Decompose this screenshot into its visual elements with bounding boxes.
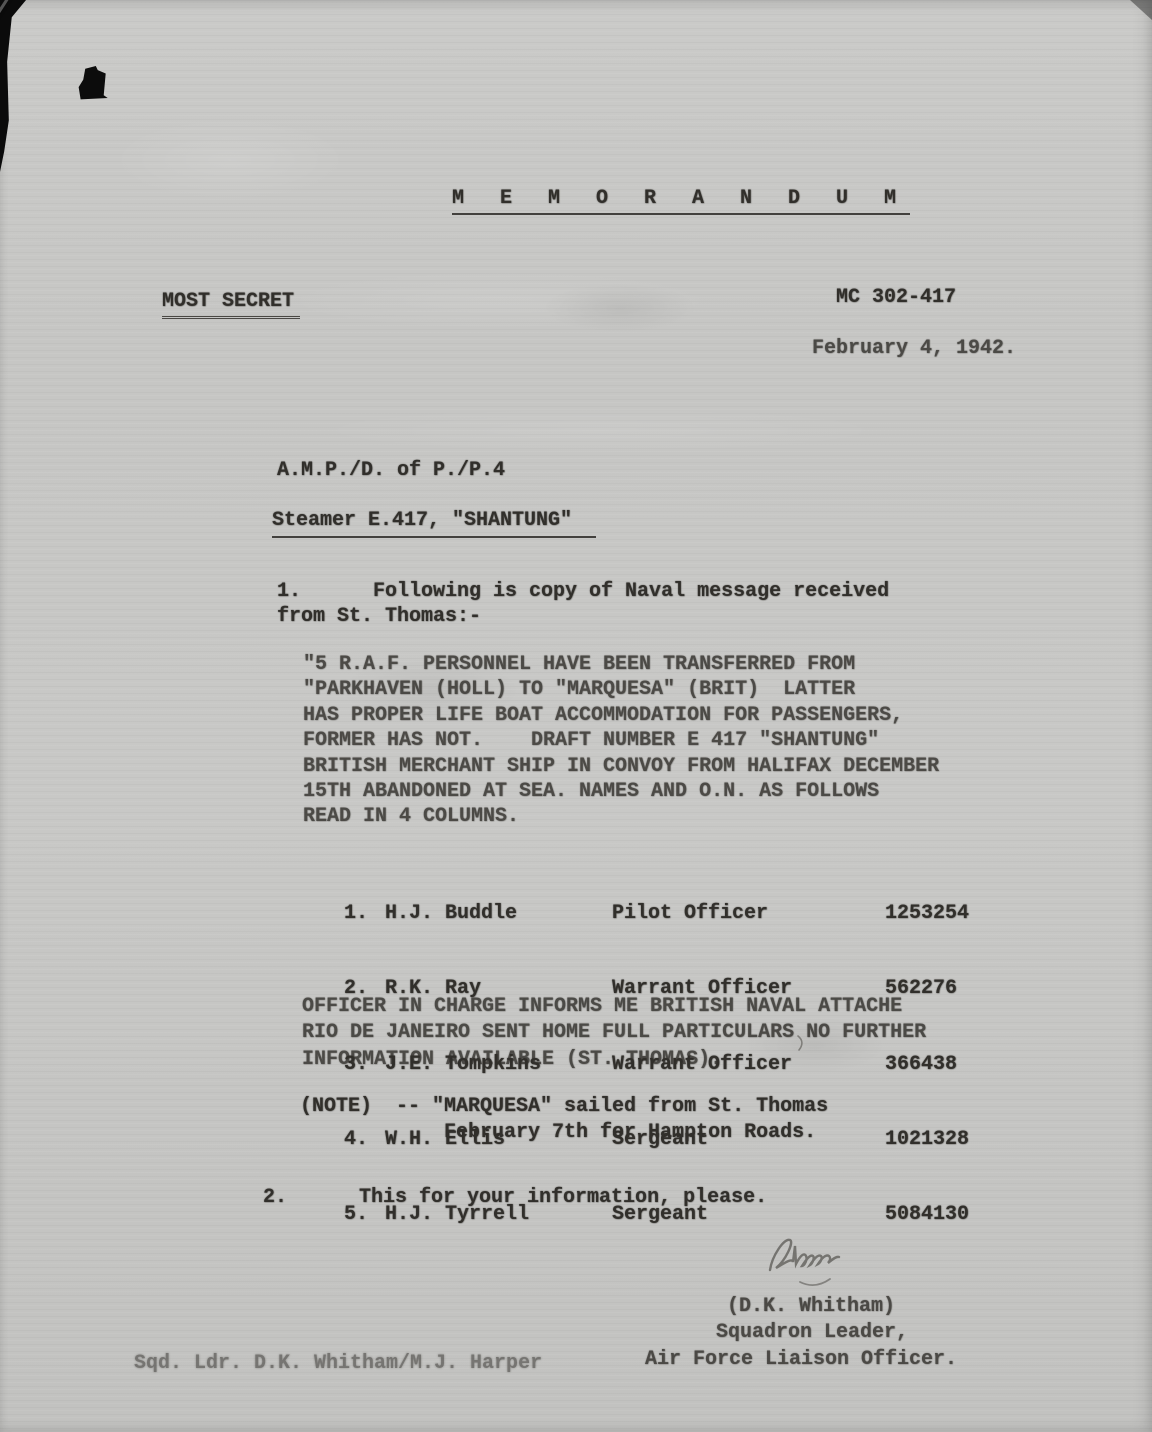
addressee-line: A.M.P./D. of P./P.4	[277, 458, 505, 483]
service-number: 1021328	[885, 1127, 969, 1152]
person-name: H.J. Buddle	[385, 901, 517, 926]
torn-corner-artifact	[0, 0, 42, 172]
naval-message-block: "5 R.A.F. PERSONNEL HAVE BEEN TRANSFERRE…	[303, 652, 939, 830]
document-title: M E M O R A N D U M	[452, 186, 910, 215]
paragraph-2: 2. This for your information, please.	[263, 1185, 767, 1210]
top-right-shadow-artifact	[1130, 0, 1152, 20]
reference-number: MC 302-417	[836, 285, 956, 310]
row-number: 1.	[344, 901, 368, 926]
message-continuation-block: OFFICER IN CHARGE INFORMS ME BRITISH NAV…	[302, 994, 926, 1073]
signatory-rank: Squadron Leader,	[716, 1320, 908, 1345]
document-date: February 4, 1942.	[812, 336, 1016, 361]
signatory-name: (D.K. Whitham)	[727, 1294, 895, 1319]
signatory-title: Air Force Liaison Officer.	[645, 1347, 957, 1372]
drafting-reference-line: Sqd. Ldr. D.K. Whitham/M.J. Harper	[134, 1351, 542, 1376]
service-number: 1253254	[885, 901, 969, 926]
note-block: (NOTE) -- "MARQUESA" sailed from St. Tho…	[300, 1094, 828, 1146]
table-row: 1. H.J. Buddle Pilot Officer 1253254	[300, 901, 1000, 926]
paragraph-1: 1. Following is copy of Naval message re…	[277, 579, 889, 630]
person-rank: Pilot Officer	[612, 901, 768, 926]
service-number: 5084130	[885, 1202, 969, 1227]
handwritten-signature	[758, 1230, 868, 1300]
subject-line: Steamer E.417, "SHANTUNG"	[272, 508, 596, 538]
pen-mark	[795, 1034, 807, 1052]
classification-stamp: MOST SECRET	[162, 289, 300, 319]
ink-blot-mark	[76, 66, 109, 100]
scanned-memorandum-page: M E M O R A N D U M MOST SECRET MC 302-4…	[0, 0, 1152, 1432]
